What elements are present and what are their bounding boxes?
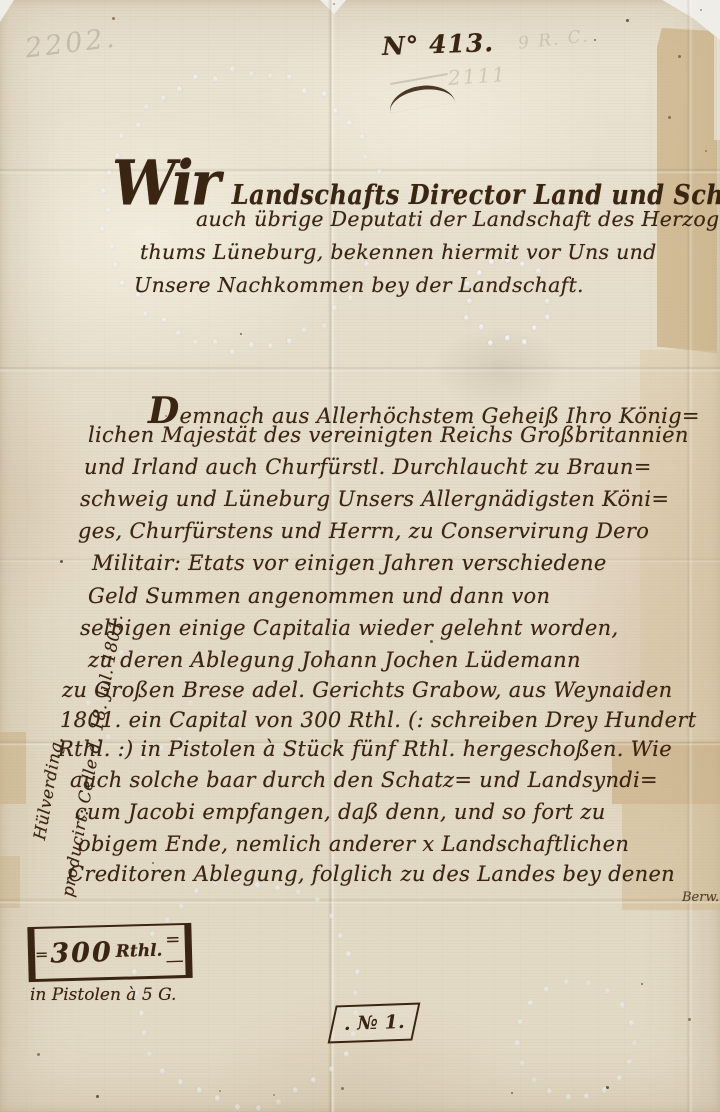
fold-crease-h2 xyxy=(0,366,720,372)
pencil-mark-right-b: 2111 xyxy=(447,62,507,90)
body-line: selbigen einige Capitalia wieder gelehnt… xyxy=(80,616,618,640)
body-line: schweig und Lüneburg Unsers Allergnädigs… xyxy=(80,487,669,511)
heading-sub-line: Unsere Nachkommen bey der Landschaft. xyxy=(134,273,584,297)
manuscript-scan: 2202. 9 R. C. 2111 N° 413. Wir Landschaf… xyxy=(0,0,720,1112)
heading-sub-line: auch übrige Deputati der Landschaft des … xyxy=(196,207,720,231)
body-line: 1801. ein Capital von 300 Rthl. (: schre… xyxy=(60,708,696,732)
body-line: Creditoren Ablegung, folglich zu des Lan… xyxy=(68,862,675,886)
body-line: Geld Summen angenommen und dann von xyxy=(88,584,550,608)
body-line: zu Großen Brese adel. Gerichts Grabow, a… xyxy=(62,678,672,702)
fold-crease-h5 xyxy=(0,898,720,904)
body-line: cum Jacobi empfangen, daß denn, und so f… xyxy=(75,800,606,824)
body-line: und Irland auch Churfürstl. Durchlaucht … xyxy=(84,455,652,479)
pistolen-note: in Pistolen à 5 G. xyxy=(30,985,176,1005)
body-line: obigem Ende, nemlich anderer x Landschaf… xyxy=(78,832,629,856)
sum-suffix: =— xyxy=(165,929,186,971)
body-line: ges, Churfürstens und Herrn, zu Conservi… xyxy=(78,519,649,543)
torn-sliver-right-edge xyxy=(714,0,720,140)
body-line: lichen Majestät des vereinigten Reichs G… xyxy=(88,423,689,447)
sum-box: = 300 Rthl. =— xyxy=(27,923,192,982)
body-line: Militair: Etats vor einigen Jahren versc… xyxy=(92,551,607,575)
body-line: auch solche baar durch den Schatz= und L… xyxy=(70,768,658,792)
document-number: N° 413. xyxy=(382,28,495,61)
sum-prefix: = xyxy=(35,944,49,963)
sum-currency: Rthl. xyxy=(116,941,163,962)
number-one-box: . № 1. xyxy=(328,1003,421,1044)
body-line: zu deren Ablegung Johann Jochen Lüdemann xyxy=(88,648,581,672)
sum-amount: 300 xyxy=(50,936,113,969)
number-one-label: . № 1. xyxy=(343,1011,405,1035)
body-line: Rthl. :) in Pistolen à Stück fünf Rthl. … xyxy=(58,737,672,761)
catchword: Berw. xyxy=(682,890,719,905)
heading-sub-line: thums Lüneburg, bekennen hiermit vor Uns… xyxy=(140,240,657,264)
heading-title-text: Landschafts Director Land und Schatz Rät… xyxy=(232,178,720,210)
